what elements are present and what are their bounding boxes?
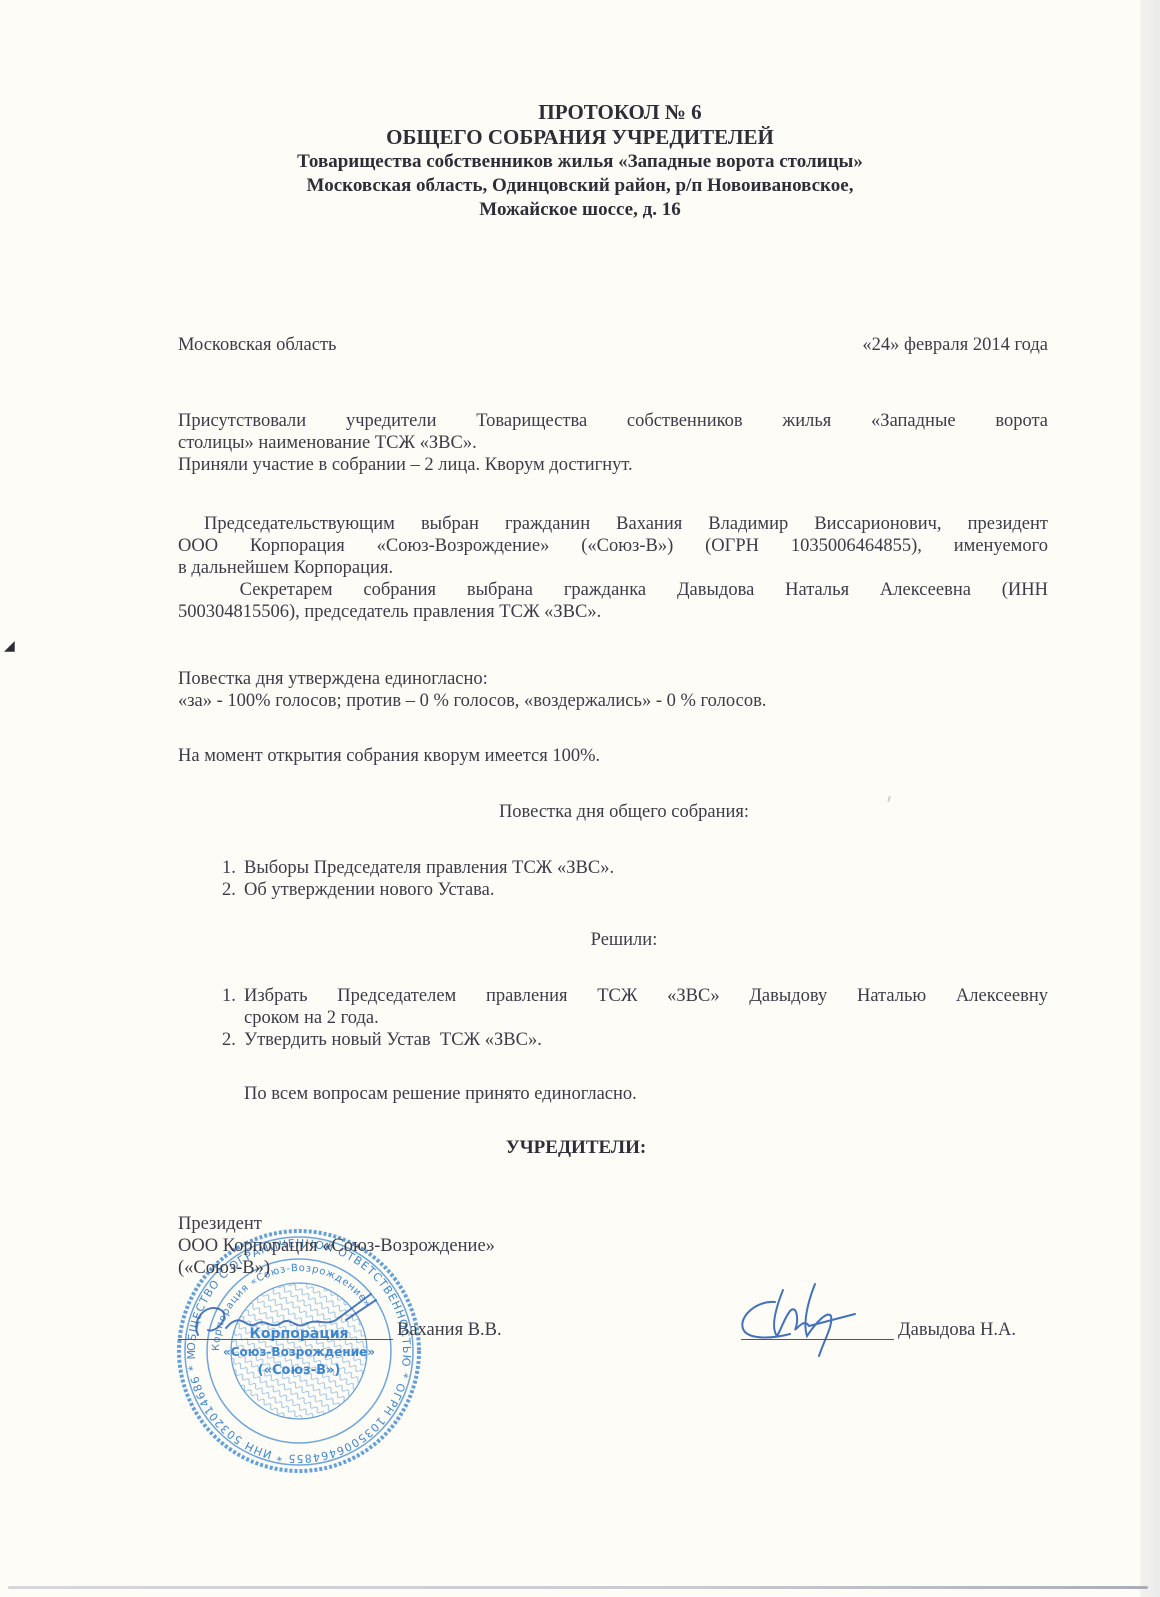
signer-name-right: Давыдова Н.А. [898, 1319, 1016, 1341]
document-header: ПРОТОКОЛ № 6 ОБЩЕГО СОБРАНИЯ УЧРЕДИТЕЛЕЙ… [0, 100, 1160, 222]
chair-line: в дальнейшем Корпорация. [178, 557, 1048, 579]
agenda-list: 1. Выборы Председателя правления ТСЖ «ЗВ… [178, 857, 1048, 901]
signature-line-left [178, 1339, 393, 1340]
organization-address-line2: Можайское шоссе, д. 16 [0, 198, 1160, 222]
secretary-line: Секретарем собрания выбрана гражданка Да… [178, 579, 1048, 601]
agenda-item-number: 2. [222, 879, 236, 901]
left-signer-title: Президент ООО Корпорация «Союз-Возрожден… [178, 1213, 495, 1279]
attendance-line: Присутствовали учредители Товарищества с… [178, 410, 1048, 432]
agenda-item-text: Об утверждении нового Устава. [244, 880, 495, 900]
agenda-approval-line: Повестка дня утверждена единогласно: [178, 668, 1048, 690]
page-right-edge-shadow [1140, 0, 1160, 1597]
decisions-summary: По всем вопросам решение принято единогл… [244, 1083, 944, 1105]
decision-item-text: Утвердить новый Устав ТСЖ «ЗВС». [244, 1030, 542, 1050]
attendance-line: столицы» наименование ТСЖ «ЗВС». [178, 432, 1048, 454]
participation-line: Приняли участие в собрании – 2 лица. Кво… [178, 454, 1048, 476]
secretary-line: 500304815506), председатель правления ТС… [178, 601, 1048, 623]
signer-position: Президент [178, 1213, 495, 1235]
vote-results: «за» - 100% голосов; против – 0 % голосо… [178, 690, 1048, 712]
agenda-item-number: 1. [222, 857, 236, 879]
decision-item-number: 1. [222, 985, 236, 1007]
stamp-center-line: («Союз-В») [258, 1363, 341, 1378]
quorum-statement: На момент открытия собрания кворум имеет… [178, 745, 1048, 767]
agenda-approval: Повестка дня утверждена единогласно: «за… [178, 668, 1048, 712]
place-date-row: Московская область «24» февраля 2014 год… [178, 334, 1048, 356]
signature-vakhania [186, 1290, 386, 1350]
chair-line: ООО Корпорация «Союз-Возрождение» («Союз… [178, 535, 1048, 557]
signature-line-right [741, 1339, 894, 1340]
agenda-title: Повестка дня общего собрания: [44, 801, 1160, 823]
founders-title: УЧРЕДИТЕЛИ: [0, 1137, 1156, 1159]
place: Московская область [178, 334, 336, 356]
chair-line: Председательствующим выбран гражданин Ва… [178, 513, 1048, 535]
signer-name-left: Вахания В.В. [397, 1319, 502, 1341]
date: «24» февраля 2014 года [862, 334, 1048, 356]
decision-item-text: сроком на 2 года. [244, 1007, 1048, 1029]
signature-davydova [735, 1280, 895, 1358]
agenda-item: 2. Об утверждении нового Устава. [178, 879, 1048, 901]
protocol-number: ПРОТОКОЛ № 6 [80, 100, 1160, 125]
organization-name: Товарищества собственников жилья «Западн… [0, 150, 1160, 174]
decisions-list: 1. Избрать Председателем правления ТСЖ «… [178, 985, 1048, 1051]
decision-item: 2. Утвердить новый Устав ТСЖ «ЗВС». [178, 1029, 1048, 1051]
secretary-paragraph: Секретарем собрания выбрана гражданка Да… [178, 579, 1048, 623]
meeting-title: ОБЩЕГО СОБРАНИЯ УЧРЕДИТЕЛЕЙ [0, 125, 1160, 150]
quorum-text: На момент открытия собрания кворум имеет… [178, 745, 1048, 767]
decisions-title: Решили: [44, 929, 1160, 951]
chair-paragraph: Председательствующим выбран гражданин Ва… [178, 513, 1048, 579]
signer-company: ООО Корпорация «Союз-Возрождение» [178, 1235, 495, 1257]
decision-item: 1. Избрать Председателем правления ТСЖ «… [178, 985, 1048, 1029]
page-bottom-edge [8, 1586, 1148, 1589]
attendance-paragraph: Присутствовали учредители Товарищества с… [178, 410, 1048, 476]
margin-mark: ◢ [4, 640, 14, 654]
agenda-item: 1. Выборы Председателя правления ТСЖ «ЗВ… [178, 857, 1048, 879]
agenda-item-text: Выборы Председателя правления ТСЖ «ЗВС». [244, 858, 614, 878]
decision-item-text: Избрать Председателем правления ТСЖ «ЗВС… [244, 985, 1048, 1007]
signer-company-short: («Союз-В») [178, 1257, 495, 1279]
organization-address-line1: Московская область, Одинцовский район, р… [0, 174, 1160, 198]
decision-item-number: 2. [222, 1029, 236, 1051]
